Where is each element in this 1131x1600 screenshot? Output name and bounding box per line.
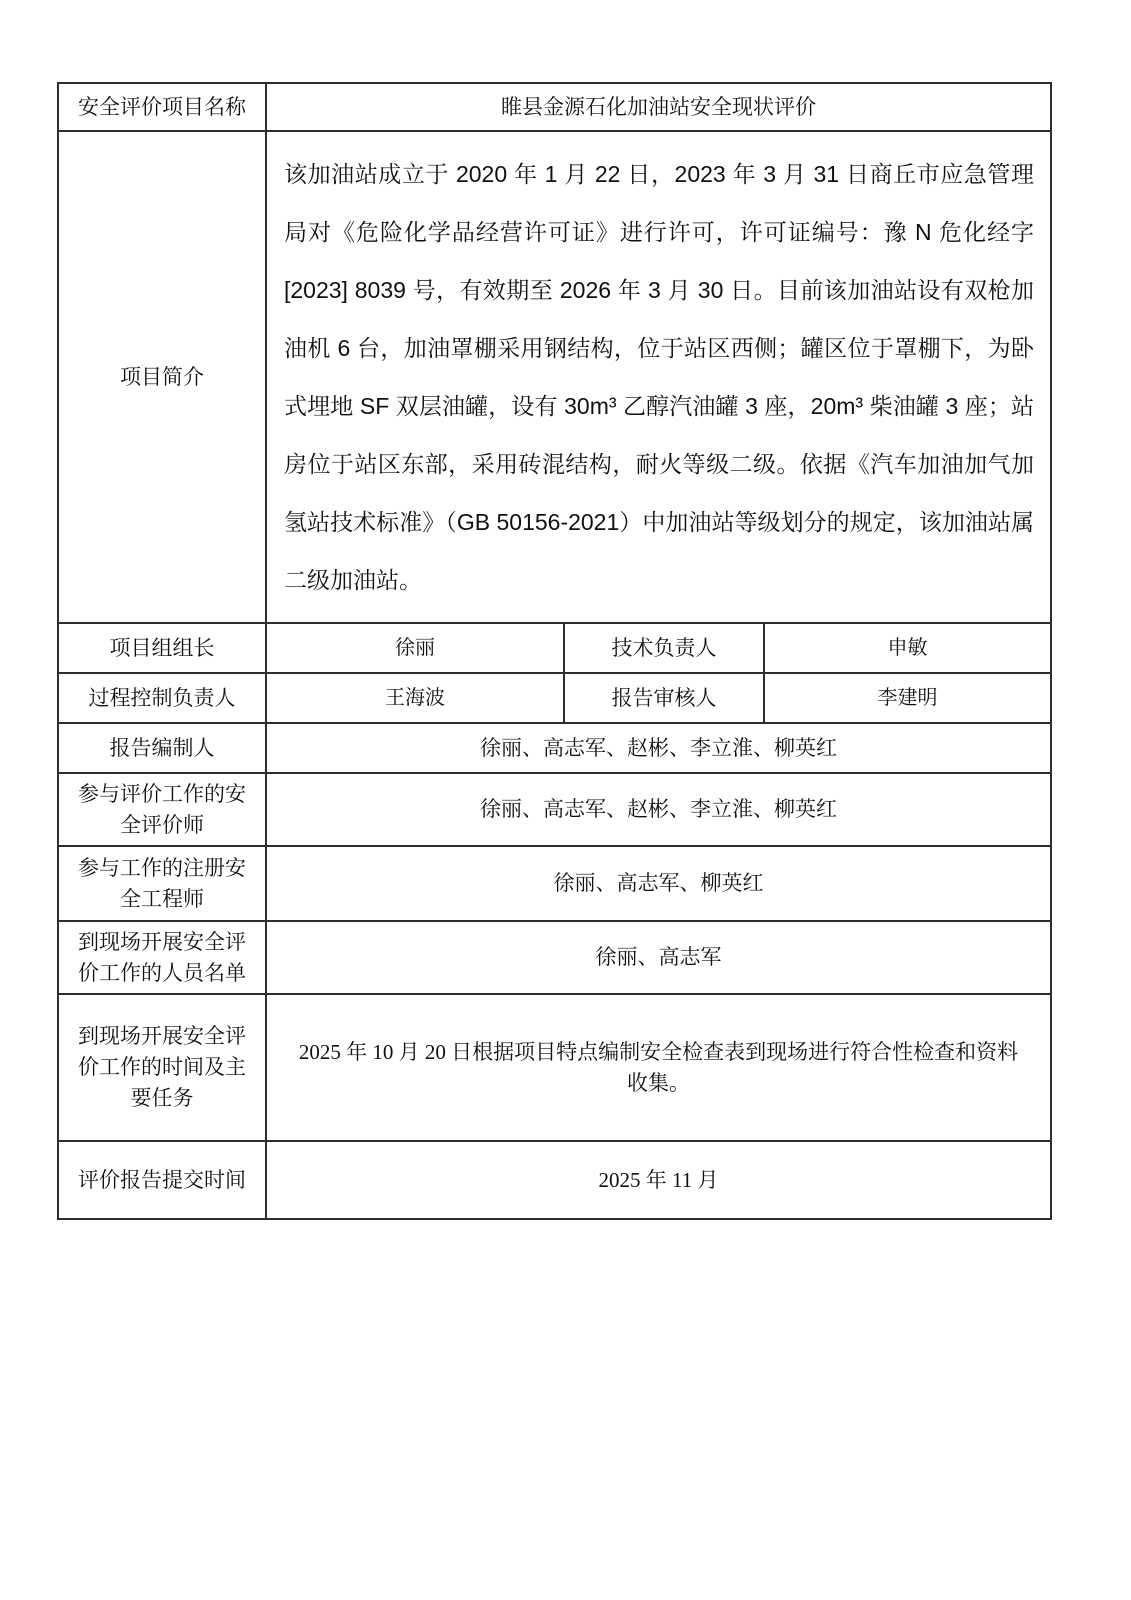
process-control-label: 过程控制负责人 [58, 673, 266, 723]
evaluators-names: 徐丽、高志军、赵彬、李立淮、柳英红 [266, 773, 1051, 846]
reviewer-name: 李建明 [764, 673, 1051, 723]
registered-engineers-label: 参与工作的注册安全工程师 [58, 846, 266, 921]
row-leaders: 项目组组长 徐丽 技术负责人 申敏 [58, 623, 1051, 673]
evaluators-label: 参与评价工作的安全评价师 [58, 773, 266, 846]
submission-date: 2025 年 11 月 [266, 1141, 1051, 1219]
reviewer-label: 报告审核人 [564, 673, 764, 723]
tech-lead-name: 申敏 [764, 623, 1051, 673]
row-site-schedule: 到现场开展安全评价工作的时间及主要任务 2025 年 10 月 20 日根据项目… [58, 994, 1051, 1141]
row-evaluators: 参与评价工作的安全评价师 徐丽、高志军、赵彬、李立淮、柳英红 [58, 773, 1051, 846]
row-control: 过程控制负责人 王海波 报告审核人 李建明 [58, 673, 1051, 723]
site-schedule-text: 2025 年 10 月 20 日根据项目特点编制安全检查表到现场进行符合性检查和… [266, 994, 1051, 1141]
group-leader-name: 徐丽 [266, 623, 564, 673]
project-intro-text: 该加油站成立于 2020 年 1 月 22 日，2023 年 3 月 31 日商… [266, 131, 1051, 623]
project-info-table: 安全评价项目名称 睢县金源石化加油站安全现状评价 项目简介 该加油站成立于 20… [57, 82, 1052, 1220]
site-schedule-label: 到现场开展安全评价工作的时间及主要任务 [58, 994, 266, 1141]
row-submission: 评价报告提交时间 2025 年 11 月 [58, 1141, 1051, 1219]
site-personnel-names: 徐丽、高志军 [266, 921, 1051, 994]
site-personnel-label: 到现场开展安全评价工作的人员名单 [58, 921, 266, 994]
row-project-name: 安全评价项目名称 睢县金源石化加油站安全现状评价 [58, 83, 1051, 131]
row-report-writers: 报告编制人 徐丽、高志军、赵彬、李立淮、柳英红 [58, 723, 1051, 773]
project-name-value: 睢县金源石化加油站安全现状评价 [266, 83, 1051, 131]
project-name-label: 安全评价项目名称 [58, 83, 266, 131]
group-leader-label: 项目组组长 [58, 623, 266, 673]
process-control-name: 王海波 [266, 673, 564, 723]
row-project-intro: 项目简介 该加油站成立于 2020 年 1 月 22 日，2023 年 3 月 … [58, 131, 1051, 623]
report-writers-label: 报告编制人 [58, 723, 266, 773]
project-intro-label: 项目简介 [58, 131, 266, 623]
document-page: 安全评价项目名称 睢县金源石化加油站安全现状评价 项目简介 该加油站成立于 20… [0, 0, 1131, 1600]
report-writers-names: 徐丽、高志军、赵彬、李立淮、柳英红 [266, 723, 1051, 773]
tech-lead-label: 技术负责人 [564, 623, 764, 673]
row-registered-engineers: 参与工作的注册安全工程师 徐丽、高志军、柳英红 [58, 846, 1051, 921]
registered-engineers-names: 徐丽、高志军、柳英红 [266, 846, 1051, 921]
submission-label: 评价报告提交时间 [58, 1141, 266, 1219]
row-site-personnel: 到现场开展安全评价工作的人员名单 徐丽、高志军 [58, 921, 1051, 994]
